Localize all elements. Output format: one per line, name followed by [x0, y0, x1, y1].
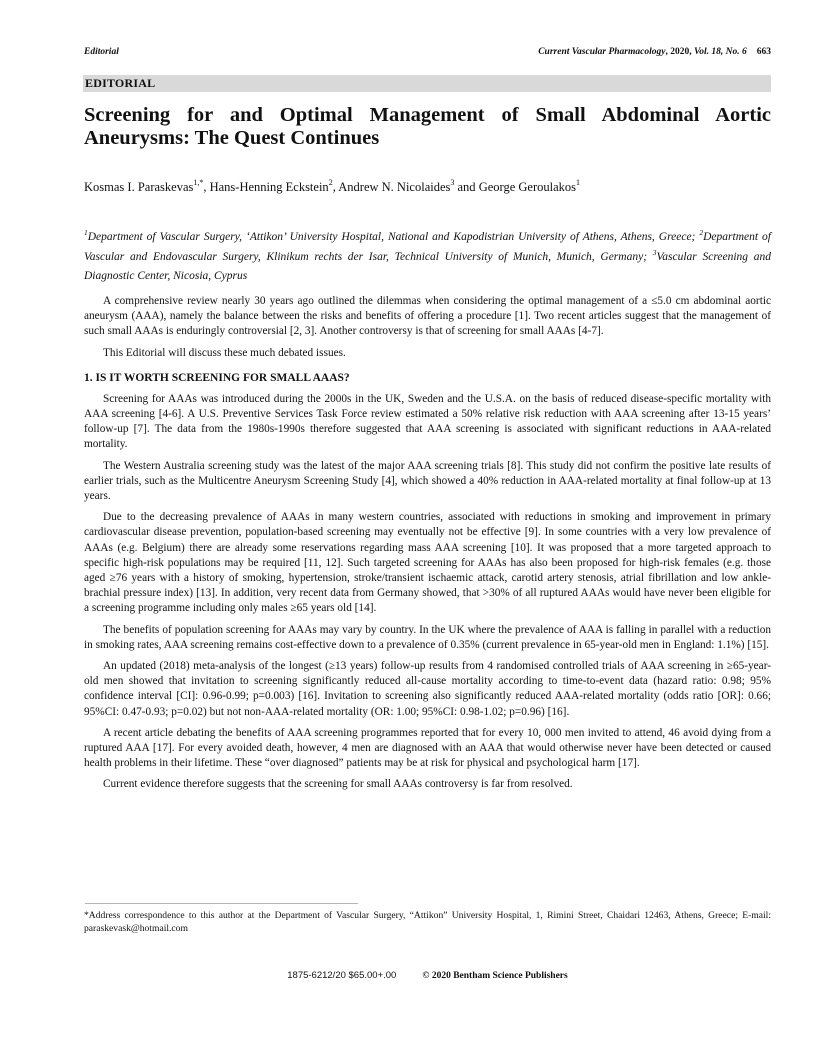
body-paragraph: A recent article debating the benefits o…	[84, 726, 771, 772]
section-label: Editorial	[84, 47, 119, 57]
body-paragraph: The benefits of population screening for…	[84, 623, 771, 653]
article-title-line-2: Aneurysms: The Quest Continues	[84, 127, 771, 150]
copyright-notice: © 2020 Bentham Science Publishers	[422, 971, 567, 981]
author-list: Kosmas I. Paraskevas1,*, Hans-Henning Ec…	[84, 180, 580, 195]
journal-year: 2020	[670, 47, 689, 57]
correspondence-footnote: *Address correspondence to this author a…	[84, 909, 771, 935]
page-number: 663	[757, 47, 771, 57]
body-paragraph: Current evidence therefore suggests that…	[84, 777, 771, 792]
body-paragraph: An updated (2018) meta-analysis of the l…	[84, 659, 771, 720]
article-title-line-1: Screening for and Optimal Management of …	[84, 104, 771, 127]
issn-price: 1875-6212/20 $65.00+.00	[287, 970, 396, 981]
body-paragraph: Screening for AAAs was introduced during…	[84, 392, 771, 453]
author-affiliation-marker: 1	[576, 178, 580, 187]
author-name: George Geroulakos	[479, 180, 576, 194]
body-paragraph: The Western Australia screening study wa…	[84, 459, 771, 505]
body-paragraph: A comprehensive review nearly 30 years a…	[84, 294, 771, 340]
section-banner: EDITORIAL	[83, 75, 771, 92]
author-name: Kosmas I. Paraskevas	[84, 180, 193, 194]
article-title: Screening for and Optimal Management of …	[84, 104, 771, 150]
author-name: Hans-Henning Eckstein	[210, 180, 329, 194]
body-paragraph: Due to the decreasing prevalence of AAAs…	[84, 510, 771, 616]
journal-name: Current Vascular Pharmacology	[538, 47, 665, 57]
publisher-line: 1875-6212/20 $65.00+.00© 2020 Bentham Sc…	[84, 970, 771, 981]
footnote-divider	[85, 903, 358, 904]
author-separator: and	[454, 180, 478, 194]
journal-citation: Current Vascular Pharmacology, 2020, Vol…	[538, 47, 771, 57]
section-heading: 1. IS IT WORTH SCREENING FOR SMALL AAAS?	[84, 371, 771, 386]
author-affiliation-marker: 1,*	[193, 178, 203, 187]
affiliation-text: Department of Vascular Surgery, ‘Attikon…	[88, 231, 700, 243]
author-name: Andrew N. Nicolaides	[338, 180, 450, 194]
running-header: Editorial Current Vascular Pharmacology,…	[84, 47, 771, 61]
article-body: A comprehensive review nearly 30 years a…	[84, 294, 771, 799]
body-paragraph: This Editorial will discuss these much d…	[84, 346, 771, 361]
affiliations: 1Department of Vascular Surgery, ‘Attiko…	[84, 228, 771, 287]
journal-volume: Vol. 18	[694, 47, 721, 57]
journal-issue: No. 6	[726, 47, 747, 57]
